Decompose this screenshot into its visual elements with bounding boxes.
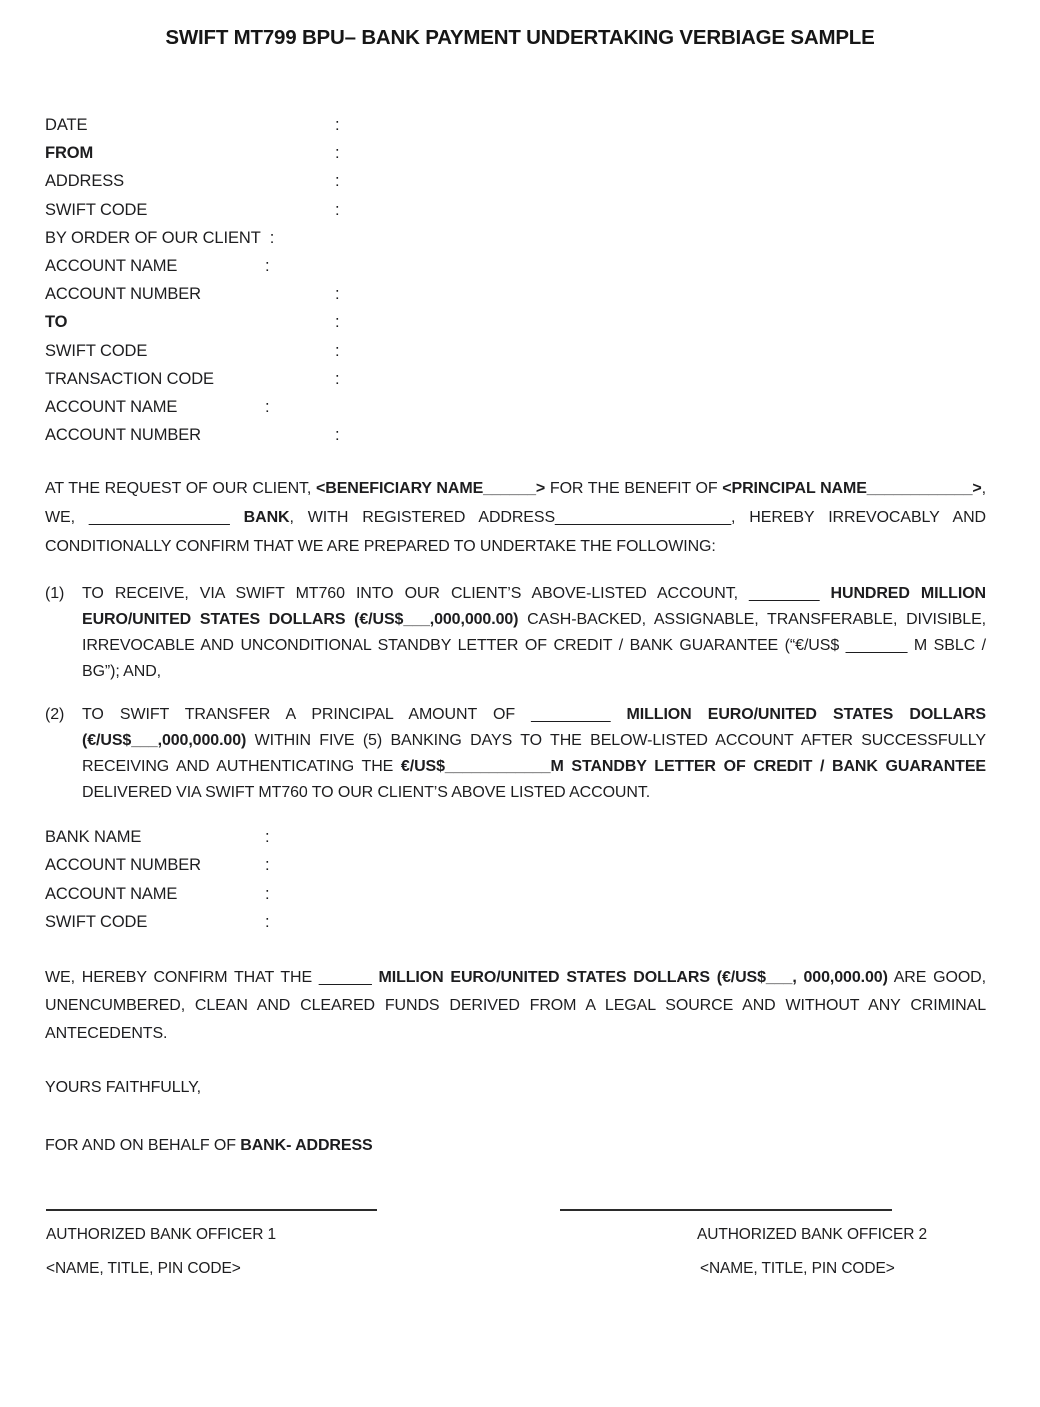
field-label: TRANSACTION CODE <box>45 370 214 388</box>
field-colon: : <box>335 167 339 195</box>
undertaking-item-1: (1) TO RECEIVE, VIA SWIFT MT760 INTO OUR… <box>45 581 986 685</box>
field-colon: : <box>265 880 269 908</box>
field-colon: : <box>335 196 339 224</box>
intro-text: AT THE REQUEST OF OUR CLIENT, <box>45 480 316 497</box>
field-colon: : <box>335 111 339 139</box>
field-label: TO <box>45 313 67 331</box>
field-colon: : <box>265 823 269 851</box>
item-marker: (2) <box>45 702 64 728</box>
field-colon: : <box>265 908 269 936</box>
field-label: ACCOUNT NUMBER <box>45 856 201 874</box>
document-title: SWIFT MT799 BPU– BANK PAYMENT UNDERTAKIN… <box>0 26 1040 50</box>
field-row-transaction-code: TRANSACTION CODE: <box>45 365 985 393</box>
signature-line-officer-1 <box>46 1209 377 1211</box>
field-row-account-number-2: ACCOUNT NUMBER: <box>45 421 985 449</box>
item-body: TO SWIFT TRANSFER A PRINCIPAL AMOUNT OF … <box>82 702 986 806</box>
officer-2-name-placeholder: <NAME, TITLE, PIN CODE> <box>700 1256 895 1282</box>
field-colon: : <box>265 851 269 879</box>
document-page: SWIFT MT799 BPU– BANK PAYMENT UNDERTAKIN… <box>0 0 1040 1407</box>
field-label: BY ORDER OF OUR CLIENT <box>45 229 261 247</box>
item2-text: TO SWIFT TRANSFER A PRINCIPAL AMOUNT OF … <box>82 706 627 723</box>
field-row-to: TO: <box>45 308 985 336</box>
field-row-swift-code-2: SWIFT CODE: <box>45 337 985 365</box>
field-colon: : <box>335 421 339 449</box>
field-row-bank-swift-code: SWIFT CODE: <box>45 908 985 936</box>
field-label: ACCOUNT NAME <box>45 398 177 416</box>
field-label: FROM <box>45 144 93 162</box>
field-row-bank-account-number: ACCOUNT NUMBER: <box>45 851 985 879</box>
field-row-bank-account-name: ACCOUNT NAME: <box>45 880 985 908</box>
field-colon: : <box>270 229 274 247</box>
header-fields-block: DATE: FROM: ADDRESS: SWIFT CODE: BY ORDE… <box>45 111 985 449</box>
field-label: SWIFT CODE <box>45 342 147 360</box>
field-row-account-number: ACCOUNT NUMBER: <box>45 280 985 308</box>
beneficiary-name-blank: <BENEFICIARY NAME______> <box>316 480 545 497</box>
field-label: SWIFT CODE <box>45 913 147 931</box>
bank-word: BANK <box>244 509 290 526</box>
field-label: ACCOUNT NAME <box>45 885 177 903</box>
field-colon: : <box>265 252 269 280</box>
field-row-from: FROM: <box>45 139 985 167</box>
on-behalf-line: FOR AND ON BEHALF OF BANK- ADDRESS <box>45 1132 373 1160</box>
field-label: ACCOUNT NUMBER <box>45 426 201 444</box>
field-row-swift-code: SWIFT CODE: <box>45 196 985 224</box>
officer-1-name-placeholder: <NAME, TITLE, PIN CODE> <box>46 1256 241 1282</box>
field-colon: : <box>335 280 339 308</box>
item-body: TO RECEIVE, VIA SWIFT MT760 INTO OUR CLI… <box>82 581 986 685</box>
undertaking-item-2: (2) TO SWIFT TRANSFER A PRINCIPAL AMOUNT… <box>45 702 986 806</box>
behalf-bank-address: BANK- ADDRESS <box>240 1137 372 1154</box>
item1-text: TO RECEIVE, VIA SWIFT MT760 INTO OUR CLI… <box>82 585 831 602</box>
item2-text: DELIVERED VIA SWIFT MT760 TO OUR CLIENT’… <box>82 784 650 801</box>
funds-confirmation-paragraph: WE, HEREBY CONFIRM THAT THE ______ MILLI… <box>45 964 986 1048</box>
field-colon: : <box>335 139 339 167</box>
closing-salutation: YOURS FAITHFULLY, <box>45 1074 201 1102</box>
confirm-text: WE, HEREBY CONFIRM THAT THE ______ <box>45 969 379 986</box>
authorized-officer-2-label: AUTHORIZED BANK OFFICER 2 <box>697 1222 927 1248</box>
field-label: ADDRESS <box>45 172 124 190</box>
authorized-officer-1-label: AUTHORIZED BANK OFFICER 1 <box>46 1222 276 1248</box>
field-colon: : <box>335 365 339 393</box>
intro-text: FOR THE BENEFIT OF <box>545 480 722 497</box>
field-row-account-name-2: ACCOUNT NAME: <box>45 393 985 421</box>
item-marker: (1) <box>45 581 64 607</box>
field-row-bank-name: BANK NAME: <box>45 823 985 851</box>
field-label: SWIFT CODE <box>45 201 147 219</box>
confirm-amount-bold: MILLION EURO/UNITED STATES DOLLARS (€/US… <box>379 969 888 986</box>
signature-line-officer-2 <box>560 1209 892 1211</box>
field-label: ACCOUNT NUMBER <box>45 285 201 303</box>
field-colon: : <box>335 337 339 365</box>
field-label: ACCOUNT NAME <box>45 257 177 275</box>
bank-fields-block: BANK NAME: ACCOUNT NUMBER: ACCOUNT NAME:… <box>45 823 985 937</box>
field-row-by-order: BY ORDER OF OUR CLIENT: <box>45 224 985 252</box>
field-colon: : <box>335 308 339 336</box>
behalf-prefix: FOR AND ON BEHALF OF <box>45 1137 240 1154</box>
field-label: DATE <box>45 116 87 134</box>
principal-name-blank: <PRINCIPAL NAME____________> <box>722 480 981 497</box>
intro-paragraph: AT THE REQUEST OF OUR CLIENT, <BENEFICIA… <box>45 474 986 561</box>
field-row-date: DATE: <box>45 111 985 139</box>
field-colon: : <box>265 393 269 421</box>
field-row-account-name: ACCOUNT NAME: <box>45 252 985 280</box>
field-row-address: ADDRESS: <box>45 167 985 195</box>
item2-instrument-bold: €/US$____________M STANDBY LETTER OF CRE… <box>401 758 986 775</box>
field-label: BANK NAME <box>45 828 141 846</box>
